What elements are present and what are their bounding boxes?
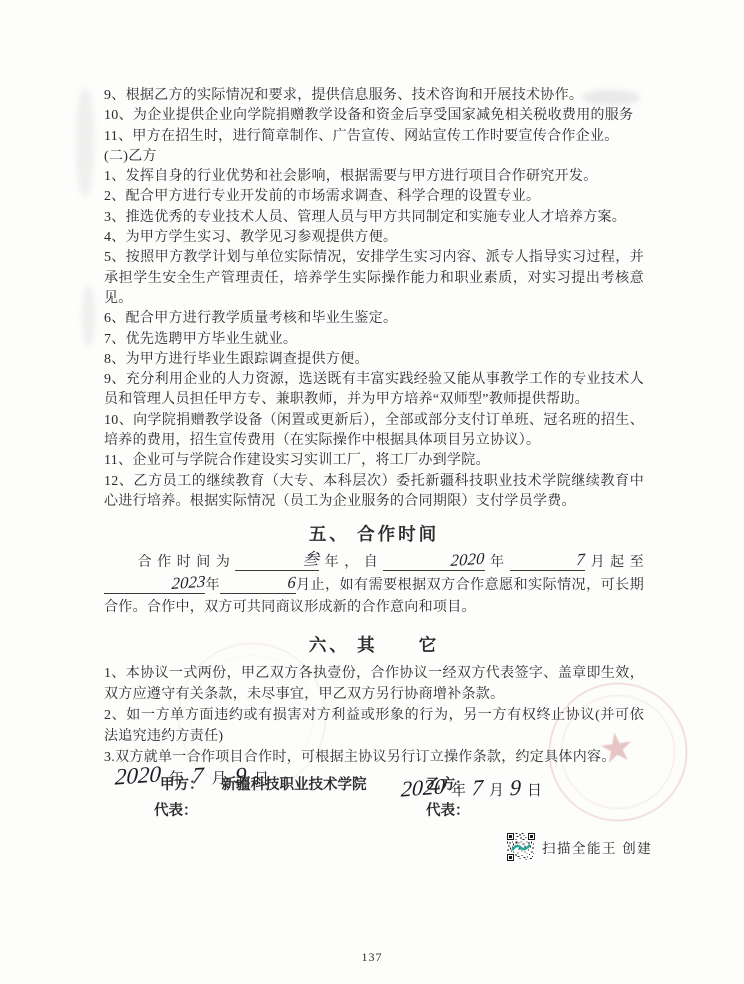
end-month-handwritten: 6	[253, 575, 296, 592]
page-number: 137	[0, 950, 744, 965]
date-a-year: 2020	[114, 761, 161, 790]
clause-party-b-5: 5、按照甲方教学计划与单位实际情况，安排学生实习内容、派专人指导实习过程，并承担…	[104, 248, 644, 309]
date-a-month-char: 月	[212, 771, 227, 787]
term-years-handwritten: 叁	[269, 552, 320, 570]
scanned-agreement-page: ★ 9、根据乙方的实际情况和要求，提供信息服务、技术咨询和开展技术协作。 10、…	[0, 0, 744, 984]
start-month-blank: 7	[510, 554, 586, 571]
cooperation-term-paragraph: 合作时间为叁年，自2020年7月起至2023年6月止，如有需要根据双方合作意愿和…	[104, 552, 644, 620]
party-b-rep-label: 代表：	[426, 803, 470, 819]
clause-party-b-7: 7、优先选聘甲方毕业生就业。	[104, 330, 644, 350]
qr-code-icon	[507, 833, 535, 861]
clause-party-b-1: 1、发挥自身的行业优势和社会影响，根据需要与甲方进行项目合作研究开发。	[104, 167, 644, 187]
date-b-month: 7	[471, 775, 483, 802]
clause-party-b-3: 3、推选优秀的专业技术人员、管理人员与甲方共同制定和实施专业人才培养方案。	[104, 208, 644, 228]
start-year-blank: 2020	[383, 554, 484, 571]
party-b-rep-cell: 代表：	[426, 798, 644, 824]
end-year-handwritten: 2023	[137, 574, 205, 593]
scanner-watermark: 扫描全能王 创建	[507, 833, 652, 861]
start-month-handwritten: 7	[543, 553, 586, 570]
section-cooperation-time: 五、 合作时间 合作时间为叁年，自2020年7月起至2023年6月止，如有需要根…	[104, 522, 644, 620]
clause-party-b-6: 6、配合甲方进行教学质量考核和毕业生鉴定。	[104, 309, 644, 329]
other-clause-1: 1、本协议一式两份，甲乙双方各执壹份，合作协议一经双方代表签字、盖章即生效，双方…	[104, 663, 644, 705]
party-a-rep-label: 代表：	[154, 803, 198, 819]
section-6-title: 六、 其 它	[104, 633, 644, 657]
date-b-year: 2020	[400, 773, 445, 802]
document-body: 9、根据乙方的实际情况和要求，提供信息服务、技术咨询和开展技术协作。 10、为企…	[104, 86, 644, 824]
scan-smudge	[76, 88, 94, 196]
scanner-caption: 扫描全能王 创建	[542, 837, 652, 857]
date-b-day-char: 日	[527, 783, 542, 799]
clause-party-a-9: 9、根据乙方的实际情况和要求，提供信息服务、技术咨询和开展技术协作。	[104, 86, 644, 106]
clause-party-b-10: 10、向学院捐赠教学设备（闲置或更新后），全部或部分支付订单班、冠名班的招生、培…	[104, 411, 644, 452]
date-b-year-char: 年	[451, 783, 466, 799]
term-text-5: 年	[205, 578, 220, 593]
term-text-2: 年，自	[319, 555, 383, 570]
date-a-day-char: 日	[254, 771, 269, 787]
date-b-day: 9	[509, 775, 521, 802]
clause-party-b-8: 8、为甲方进行毕业生跟踪调查提供方便。	[104, 350, 644, 370]
end-month-blank: 6	[220, 577, 296, 594]
clause-party-b-12: 12、乙方员工的继续教育（大专、本科层次）委托新疆科技职业技术学院继续教育中心进…	[104, 472, 644, 513]
term-text-3: 年	[485, 555, 510, 570]
party-a-rep-cell: 代表：	[104, 798, 426, 824]
term-text-4: 月起至	[585, 555, 644, 570]
start-year-handwritten: 2020	[417, 552, 485, 571]
party-b-date-handwritten: 2020年7月9日	[398, 775, 545, 801]
party-a-date-handwritten: 2020年7月9日	[110, 763, 272, 789]
scan-smudge	[82, 286, 95, 346]
clause-party-a-11: 11、甲方在招生时，进行简章制作、广告宣传、网站宣传工作时要宣传合作企业。	[104, 127, 644, 147]
representative-row: 代表： 代表：	[104, 798, 644, 824]
clause-party-b-11: 11、企业可与学院合作建设实习实训工厂，将工厂办到学院。	[104, 451, 644, 471]
clause-party-a-10: 10、为企业提供企业向学院捐赠教学设备和资金后享受国家减免相关税收费用的服务	[104, 106, 644, 126]
date-a-month: 7	[191, 763, 204, 790]
other-clause-2: 2、如一方单方面违约或有损害对方利益或形象的行为，另一方有权终止协议(并可依法追…	[104, 705, 644, 747]
section-5-title: 五、 合作时间	[104, 522, 644, 546]
party-b-heading: (二)乙方	[104, 147, 644, 167]
section-other: 六、 其 它 1、本协议一式两份，甲乙双方各执壹份，合作协议一经双方代表签字、盖…	[104, 633, 644, 768]
term-text-1: 合作时间为	[138, 555, 236, 570]
term-years-blank: 叁	[235, 554, 319, 571]
end-year-blank: 2023	[104, 577, 205, 594]
clause-party-b-4: 4、为甲方学生实习、教学见习参观提供方便。	[104, 228, 644, 248]
date-b-month-char: 月	[489, 783, 504, 799]
date-a-day: 9	[234, 763, 247, 790]
clause-party-b-9: 9、充分利用企业的人力资源，选送既有丰富实践经验又能从事教学工作的专业技术人员和…	[104, 370, 644, 411]
clause-party-b-2: 2、配合甲方进行专业开发前的市场需求调查、科学合理的设置专业。	[104, 187, 644, 207]
date-a-year-char: 年	[169, 771, 184, 787]
